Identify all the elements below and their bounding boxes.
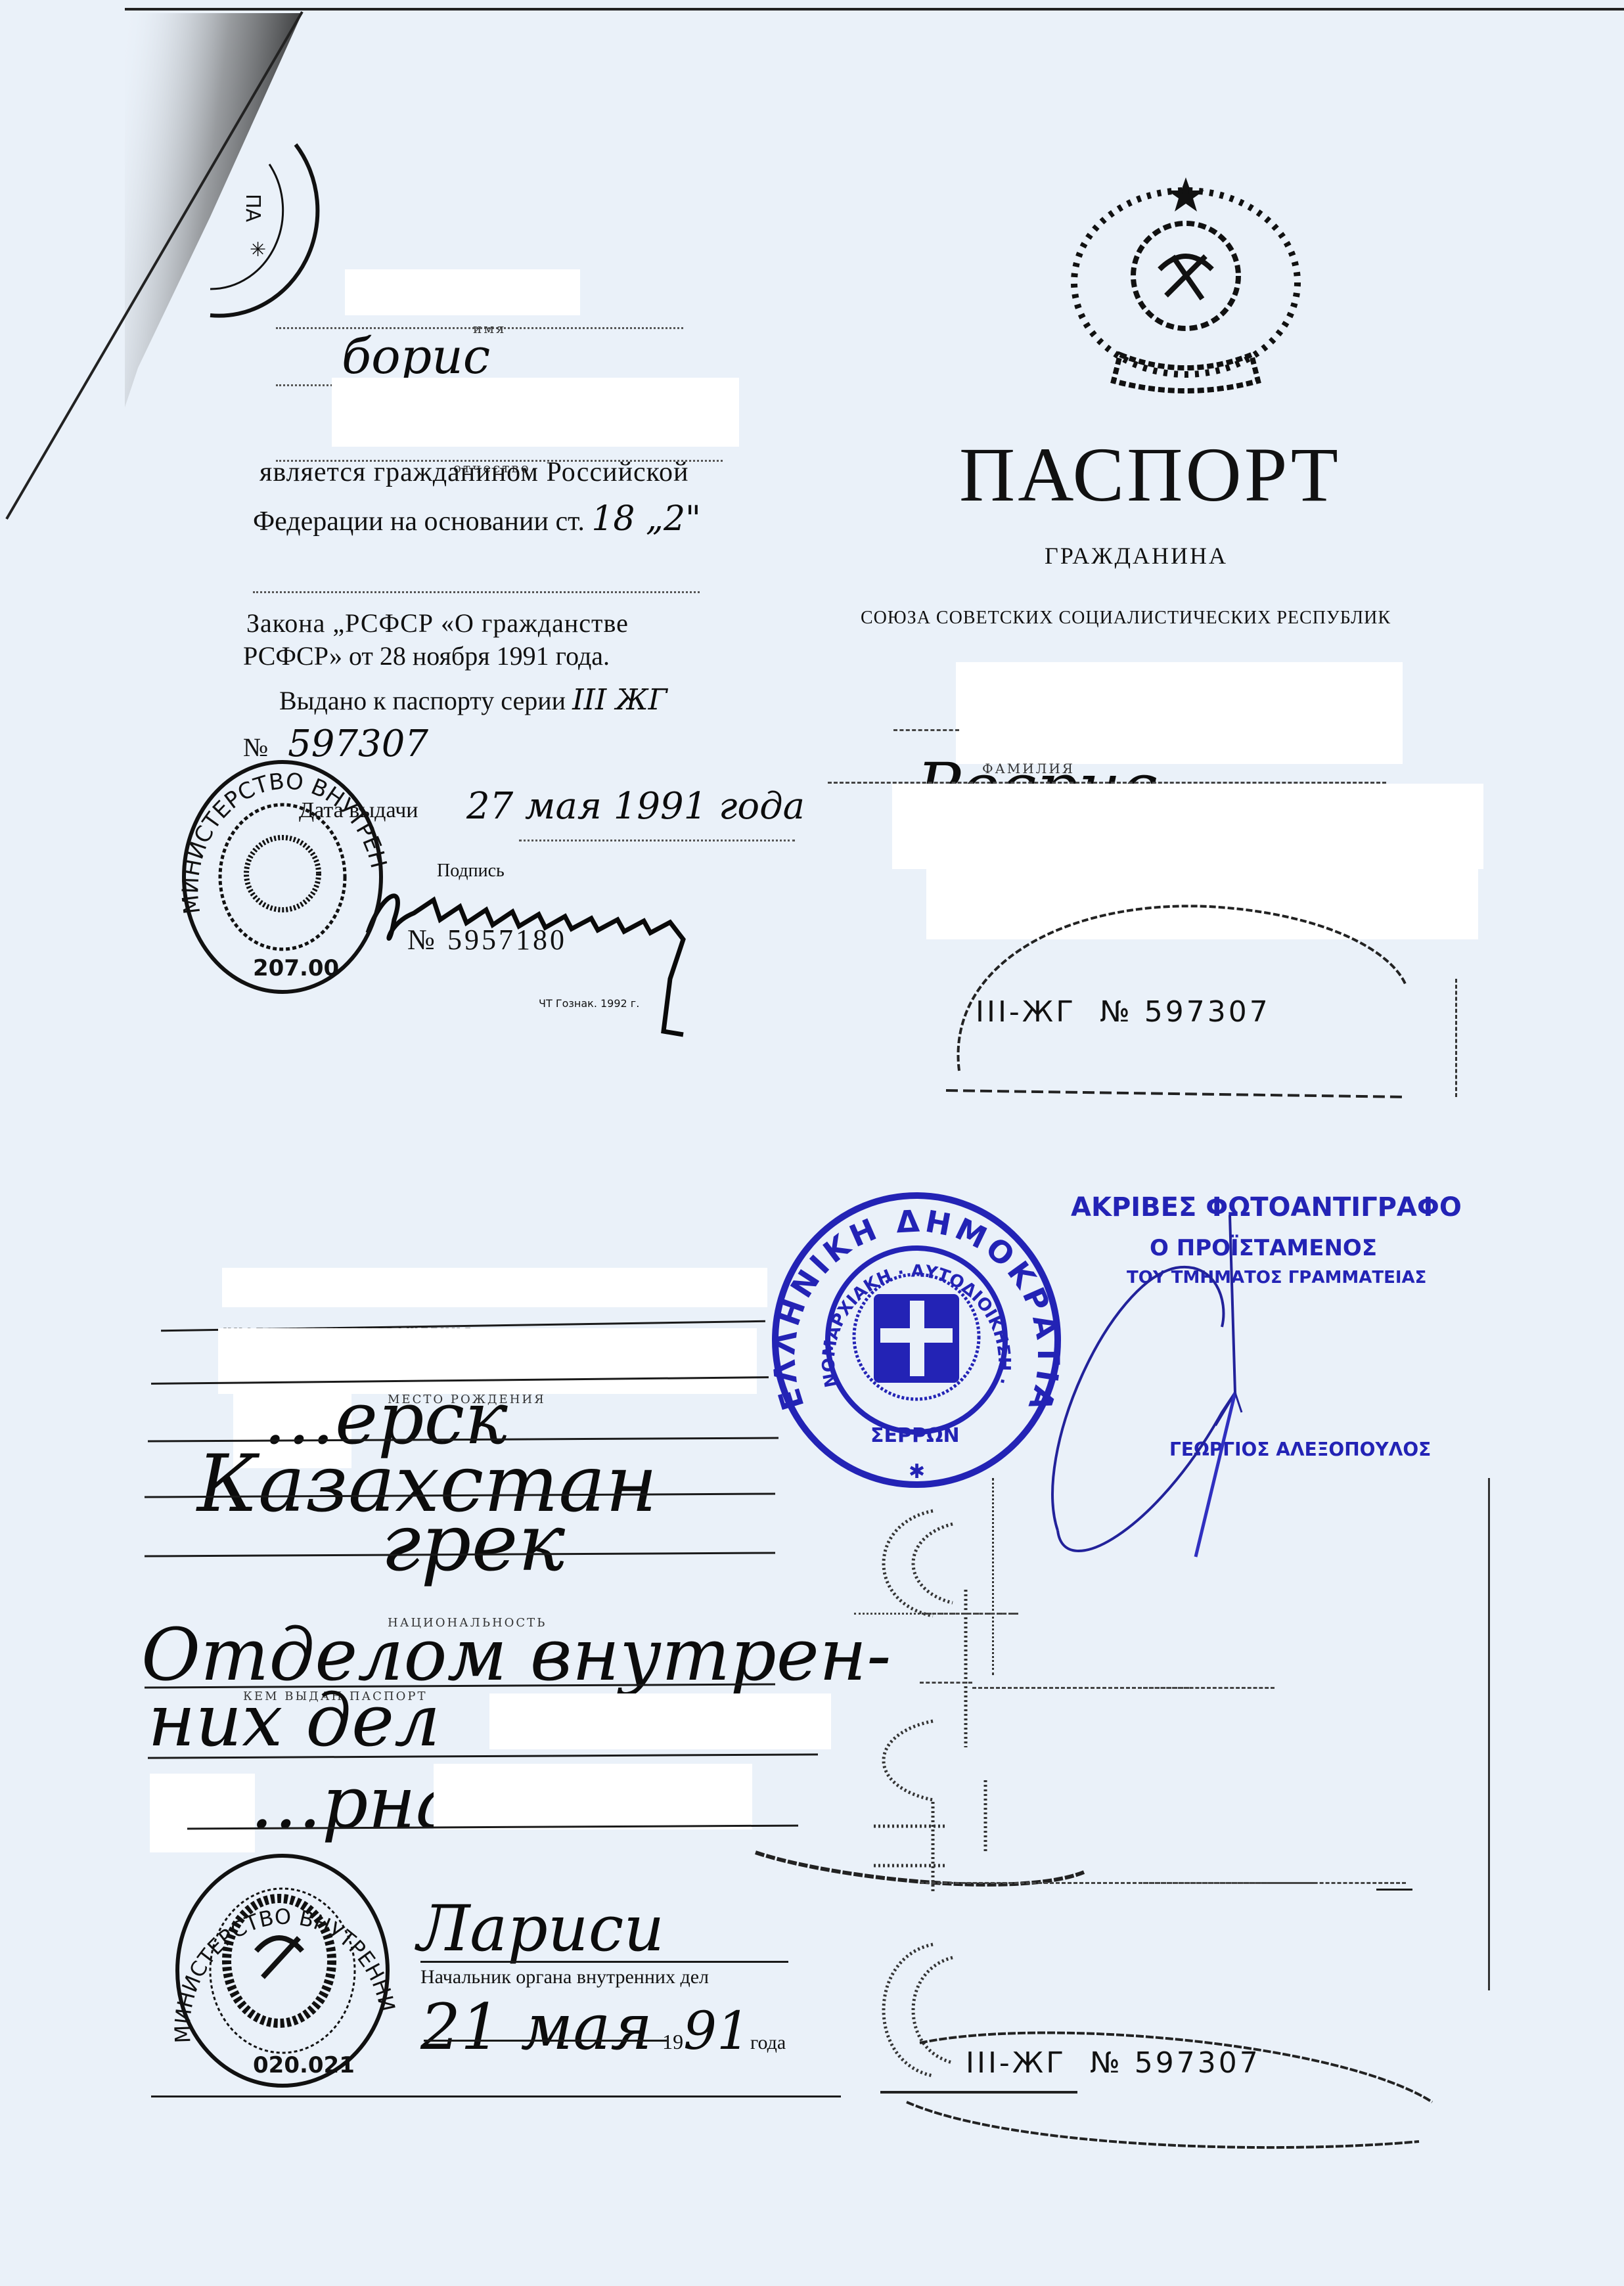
issued-by-line-3: …рна bbox=[250, 1760, 459, 1845]
redacted-issued-by-2 bbox=[489, 1693, 831, 1749]
redacted-issued-by-3a bbox=[150, 1774, 255, 1852]
series-oval-top bbox=[933, 874, 1432, 1110]
svg-text:✱: ✱ bbox=[909, 1460, 925, 1483]
chief-date-year: 91 bbox=[683, 2000, 750, 2061]
passport-subtitle: ГРАЖДАНИНА bbox=[1045, 542, 1228, 570]
mvd-round-stamp-bottom: МИНИСТЕРСТВО ВНУТРЕННИХ ДЕЛ СССР 020.021 bbox=[164, 1846, 401, 2095]
chief-date-day-month: 21 мая bbox=[420, 1990, 652, 2064]
redacted-patronymic bbox=[332, 378, 739, 447]
greek-officer-signature bbox=[1025, 1215, 1314, 1583]
citizenship-article: 18 „2" bbox=[591, 499, 701, 539]
chief-label: Начальник органа внутренних дел bbox=[420, 1966, 709, 1988]
series-oval-bottom-right bbox=[880, 2004, 1472, 2174]
greek-round-stamp: ΕΛΛΗΝΙΚΗ ΔΗΜΟΚΡΑΤΙΑ ΝΟΜΑΡΧΙΑΚΗ · ΑΥΤΟΔΙΟ… bbox=[765, 1189, 1068, 1498]
redacted-issued-by-3b bbox=[434, 1764, 752, 1829]
redacted-birth-date bbox=[222, 1268, 767, 1307]
svg-text:МИНИСТЕРСТВО ВНУТРЕННИХ ДЕЛ СС: МИНИСТЕРСТВО ВНУТРЕННИХ ДЕЛ СССР bbox=[156, 1826, 400, 2044]
redacted-surname bbox=[345, 269, 580, 315]
series-number-top: III-ЖГ № 597307 bbox=[976, 995, 1271, 1029]
citizenship-line-2: Федерации на основании ст. 18 „2" bbox=[253, 499, 701, 539]
chief-date: 21 мая 1991года bbox=[420, 1990, 786, 2064]
corner-stamp-fragment: ПА ✳ bbox=[131, 118, 328, 342]
svg-text:207.00: 207.00 bbox=[253, 955, 339, 981]
chief-date-year-prefix: 19 bbox=[662, 2030, 683, 2053]
svg-text:ПА: ПА bbox=[241, 194, 264, 223]
series-number-bottom: III-ЖГ № 597307 bbox=[966, 2046, 1261, 2080]
issued-by-line-2: них дел bbox=[148, 1678, 440, 1762]
citizenship-line-1: является гражданином Российской bbox=[259, 457, 688, 488]
printer-note: ЧТ Гознак. 1992 г. bbox=[539, 997, 639, 1010]
passport-country: СОЮЗА СОВЕТСКИХ СОЦИАЛИСТИЧЕСКИХ РЕСПУБЛ… bbox=[861, 608, 1391, 629]
mvd-round-stamp-top: МИНИСТЕРСТВО ВНУТРЕННИХ ДЕЛ 207.00 bbox=[174, 755, 397, 1005]
issued-to-series-label: Выдано к паспорту серии bbox=[279, 686, 566, 715]
ussr-coat-of-arms bbox=[1061, 171, 1311, 407]
given-name: борис bbox=[342, 328, 490, 385]
svg-text:020.021: 020.021 bbox=[253, 2052, 355, 2078]
passport-title: ПАСПОРТ bbox=[959, 430, 1341, 520]
issued-to-series-value: III ЖГ bbox=[572, 683, 667, 717]
nationality: грек bbox=[381, 1498, 565, 1589]
issued-to-series: Выдано к паспорту серии III ЖГ bbox=[279, 683, 667, 717]
form-number: № 5957180 bbox=[407, 923, 567, 956]
law-line-2: РСФСР» от 28 ноября 1991 года. bbox=[243, 640, 610, 671]
issue-date: 27 мая 1991 года bbox=[466, 785, 805, 828]
chief-date-suffix: года bbox=[750, 2032, 786, 2053]
law-line-1: Закона „РСФСР «О гражданстве bbox=[246, 608, 629, 639]
chief-signature: Лариси bbox=[417, 1892, 664, 1965]
citizenship-basis-text: Федерации на основании ст. bbox=[253, 506, 585, 537]
svg-text:✳: ✳ bbox=[250, 238, 266, 261]
svg-text:ΣΕΡΡΩΝ: ΣΕΡΡΩΝ bbox=[870, 1424, 960, 1447]
